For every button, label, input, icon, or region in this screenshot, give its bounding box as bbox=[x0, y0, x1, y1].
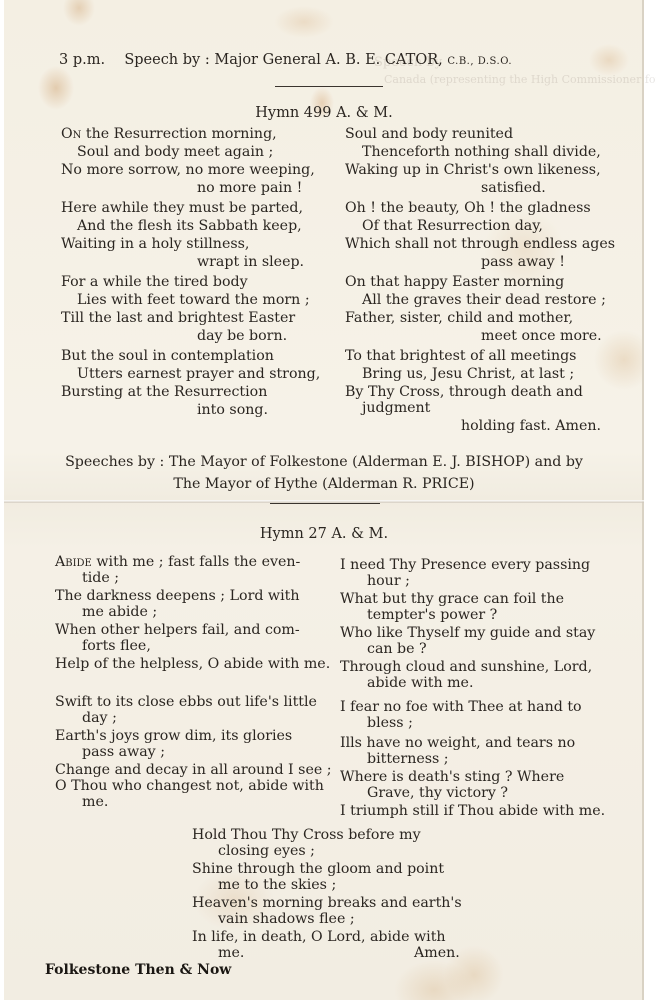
verse-text: Waiting in a holy stillness, bbox=[61, 236, 249, 252]
verse-text: Who like Thyself my guide and stay bbox=[340, 625, 595, 641]
verse-line: tempter's power ? bbox=[367, 606, 497, 624]
verse-line: To that brightest of all meetings bbox=[345, 347, 576, 365]
verse-text: Help of the helpless, O abide with me. bbox=[55, 656, 330, 672]
verse-text: Through cloud and sunshine, Lord, bbox=[340, 659, 592, 675]
verse-text: the Resurrection morning, bbox=[81, 126, 276, 142]
drop-word: On bbox=[61, 126, 81, 142]
verse-text: Where is death's sting ? Where bbox=[340, 769, 564, 785]
bleed-through-text: Canada (representing the High Commission… bbox=[384, 73, 656, 86]
verse-line: bless ; bbox=[367, 714, 413, 732]
verse-text: me. bbox=[218, 945, 244, 961]
verse-line: Thenceforth nothing shall divide, bbox=[362, 143, 601, 161]
verse-line: judgment bbox=[362, 399, 430, 417]
verse-text: Lies with feet toward the morn ; bbox=[77, 292, 310, 308]
speeches-line-2: The Mayor of Hythe (Alderman R. PRICE) bbox=[4, 475, 644, 493]
speaker-name: Major General A. B. E. CATOR, bbox=[214, 52, 442, 68]
verse-text: I fear no foe with Thee at hand to bbox=[340, 699, 582, 715]
verse-text: me abide ; bbox=[82, 604, 157, 620]
verse-text: Oh ! the beauty, Oh ! the gladness bbox=[345, 200, 591, 216]
verse-text: Father, sister, child and mother, bbox=[345, 310, 573, 326]
verse-text: Amen. bbox=[414, 945, 460, 961]
verse-line: wrapt in sleep. bbox=[197, 253, 304, 271]
hymn-title: Hymn 27 A. & M. bbox=[4, 525, 644, 543]
verse-line: pass away ; bbox=[82, 743, 165, 761]
verse-text: judgment bbox=[362, 400, 430, 416]
verse-line: Which shall not through endless ages bbox=[345, 235, 615, 253]
verse-text: with me ; fast falls the even- bbox=[92, 554, 300, 570]
verse-line: Lies with feet toward the morn ; bbox=[77, 291, 310, 309]
verse-line: Help of the helpless, O abide with me. bbox=[55, 655, 330, 673]
verse-text: By Thy Cross, through death and bbox=[345, 384, 583, 400]
verse-line: Waiting in a holy stillness, bbox=[61, 235, 249, 253]
verse-text: Soul and body reunited bbox=[345, 126, 513, 142]
verse-line: Utters earnest prayer and strong, bbox=[77, 365, 320, 383]
verse-text: Soul and body meet again ; bbox=[77, 144, 273, 160]
verse-text: Here awhile they must be parted, bbox=[61, 200, 303, 216]
verse-line: forts flee, bbox=[82, 637, 151, 655]
verse-text: day be born. bbox=[197, 328, 287, 344]
verse-text: For a while the tired body bbox=[61, 274, 248, 290]
verse-text: In life, in death, O Lord, abide with bbox=[192, 929, 446, 945]
verse-line: All the graves their dead restore ; bbox=[362, 291, 606, 309]
verse-text: I triumph still if Thou abide with me. bbox=[340, 803, 605, 819]
verse-text: day ; bbox=[82, 710, 117, 726]
verse-line: me abide ; bbox=[82, 603, 157, 621]
verse-text: pass away ; bbox=[82, 744, 165, 760]
verse-text: Bursting at the Resurrection bbox=[61, 384, 267, 400]
verse-line: me. bbox=[82, 793, 108, 811]
speeches-line-1: Speeches by : The Mayor of Folkestone (A… bbox=[4, 453, 644, 471]
verse-text: Shine through the gloom and point bbox=[192, 861, 444, 877]
verse-line: Bursting at the Resurrection bbox=[61, 383, 267, 401]
time-label: 3 p.m. bbox=[59, 52, 105, 68]
drop-word: Abide bbox=[55, 554, 92, 570]
verse-line: meet once more. bbox=[481, 327, 602, 345]
verse-line: No more sorrow, no more weeping, bbox=[61, 161, 315, 179]
verse-text: Change and decay in all around I see ; bbox=[55, 762, 332, 778]
verse-line: pass away ! bbox=[481, 253, 565, 271]
verse-text: To that brightest of all meetings bbox=[345, 348, 576, 364]
verse-text: pass away ! bbox=[481, 254, 565, 270]
verse-text: All the graves their dead restore ; bbox=[362, 292, 606, 308]
verse-line: into song. bbox=[197, 401, 268, 419]
verse-line: holding fast. Amen. bbox=[461, 417, 601, 435]
verse-line: abide with me. bbox=[367, 674, 473, 692]
verse-text: bless ; bbox=[367, 715, 413, 731]
verse-text: Till the last and brightest Easter bbox=[61, 310, 295, 326]
verse-line: no more pain ! bbox=[197, 179, 302, 197]
verse-line: And the flesh its Sabbath keep, bbox=[77, 217, 302, 235]
verse-text: O Thou who changest not, abide with bbox=[55, 778, 324, 794]
verse-text: satisfied. bbox=[481, 180, 546, 196]
verse-line: me. bbox=[218, 944, 244, 962]
verse-text: can be ? bbox=[367, 641, 427, 657]
verse-line: tide ; bbox=[82, 569, 119, 587]
verse-text: Hold Thou Thy Cross before my bbox=[192, 827, 421, 843]
verse-line: Here awhile they must be parted, bbox=[61, 199, 303, 217]
verse-line: Bring us, Jesu Christ, at last ; bbox=[362, 365, 574, 383]
verse-text: Grave, thy victory ? bbox=[367, 785, 508, 801]
verse-text: me. bbox=[82, 794, 108, 810]
verse-text: Waking up in Christ's own likeness, bbox=[345, 162, 601, 178]
speech-prefix: Speech by : bbox=[124, 52, 209, 68]
verse-line: On that happy Easter morning bbox=[345, 273, 564, 291]
divider-rule bbox=[270, 503, 380, 504]
verse-line: bitterness ; bbox=[367, 750, 449, 768]
verse-text: On that happy Easter morning bbox=[345, 274, 564, 290]
verse-text: abide with me. bbox=[367, 675, 473, 691]
verse-text: wrapt in sleep. bbox=[197, 254, 304, 270]
verse-text: Utters earnest prayer and strong, bbox=[77, 366, 320, 382]
verse-text: When other helpers fail, and com- bbox=[55, 622, 300, 638]
divider-rule bbox=[275, 86, 383, 87]
verse-text: Ills have no weight, and tears no bbox=[340, 735, 575, 751]
verse-text: Swift to its close ebbs out life's littl… bbox=[55, 694, 317, 710]
verse-text: Of that Resurrection day, bbox=[362, 218, 543, 234]
verse-line: can be ? bbox=[367, 640, 427, 658]
verse-line: Till the last and brightest Easter bbox=[61, 309, 295, 327]
verse-text: vain shadows flee ; bbox=[218, 911, 355, 927]
verse-line: day be born. bbox=[197, 327, 287, 345]
speech-header: 3 p.m. Speech by : Major General A. B. E… bbox=[59, 51, 512, 71]
verse-line: Grave, thy victory ? bbox=[367, 784, 508, 802]
verse-line: closing eyes ; bbox=[218, 842, 315, 860]
verse-text: no more pain ! bbox=[197, 180, 302, 196]
verse-text: closing eyes ; bbox=[218, 843, 315, 859]
verse-line: satisfied. bbox=[481, 179, 546, 197]
verse-line: Waking up in Christ's own likeness, bbox=[345, 161, 601, 179]
verse-line: On the Resurrection morning, bbox=[61, 125, 277, 143]
verse-text: But the soul in contemplation bbox=[61, 348, 274, 364]
verse-text: Earth's joys grow dim, its glories bbox=[55, 728, 292, 744]
verse-line: hour ; bbox=[367, 572, 410, 590]
verse-text: The darkness deepens ; Lord with bbox=[55, 588, 299, 604]
speaker-honours: C.B., D.S.O. bbox=[447, 56, 512, 67]
verse-line: me to the skies ; bbox=[218, 876, 336, 894]
verse-line: Amen. bbox=[414, 944, 460, 962]
watermark-credit: Folkestone Then & Now bbox=[45, 962, 231, 978]
verse-text: Thenceforth nothing shall divide, bbox=[362, 144, 601, 160]
verse-text: bitterness ; bbox=[367, 751, 449, 767]
program-sheet: Speech by Canada (representing the High … bbox=[4, 0, 644, 1000]
verse-text: Heaven's morning breaks and earth's bbox=[192, 895, 462, 911]
verse-line: day ; bbox=[82, 709, 117, 727]
verse-line: vain shadows flee ; bbox=[218, 910, 355, 928]
verse-text: Which shall not through endless ages bbox=[345, 236, 615, 252]
hymn-title: Hymn 499 A. & M. bbox=[4, 104, 644, 122]
verse-line: Soul and body reunited bbox=[345, 125, 513, 143]
verse-text: tide ; bbox=[82, 570, 119, 586]
verse-text: tempter's power ? bbox=[367, 607, 497, 623]
verse-text: What but thy grace can foil the bbox=[340, 591, 564, 607]
verse-text: into song. bbox=[197, 402, 268, 418]
verse-text: And the flesh its Sabbath keep, bbox=[77, 218, 302, 234]
verse-line: Soul and body meet again ; bbox=[77, 143, 273, 161]
verse-line: I triumph still if Thou abide with me. bbox=[340, 802, 605, 820]
verse-text: No more sorrow, no more weeping, bbox=[61, 162, 315, 178]
verse-line: Of that Resurrection day, bbox=[362, 217, 543, 235]
verse-text: hour ; bbox=[367, 573, 410, 589]
verse-text: Bring us, Jesu Christ, at last ; bbox=[362, 366, 574, 382]
verse-text: holding fast. Amen. bbox=[461, 418, 601, 434]
verse-text: forts flee, bbox=[82, 638, 151, 654]
verse-line: Oh ! the beauty, Oh ! the gladness bbox=[345, 199, 591, 217]
verse-text: me to the skies ; bbox=[218, 877, 336, 893]
verse-line: But the soul in contemplation bbox=[61, 347, 274, 365]
verse-text: I need Thy Presence every passing bbox=[340, 557, 590, 573]
verse-line: For a while the tired body bbox=[61, 273, 248, 291]
verse-text: meet once more. bbox=[481, 328, 602, 344]
verse-line: Father, sister, child and mother, bbox=[345, 309, 573, 327]
